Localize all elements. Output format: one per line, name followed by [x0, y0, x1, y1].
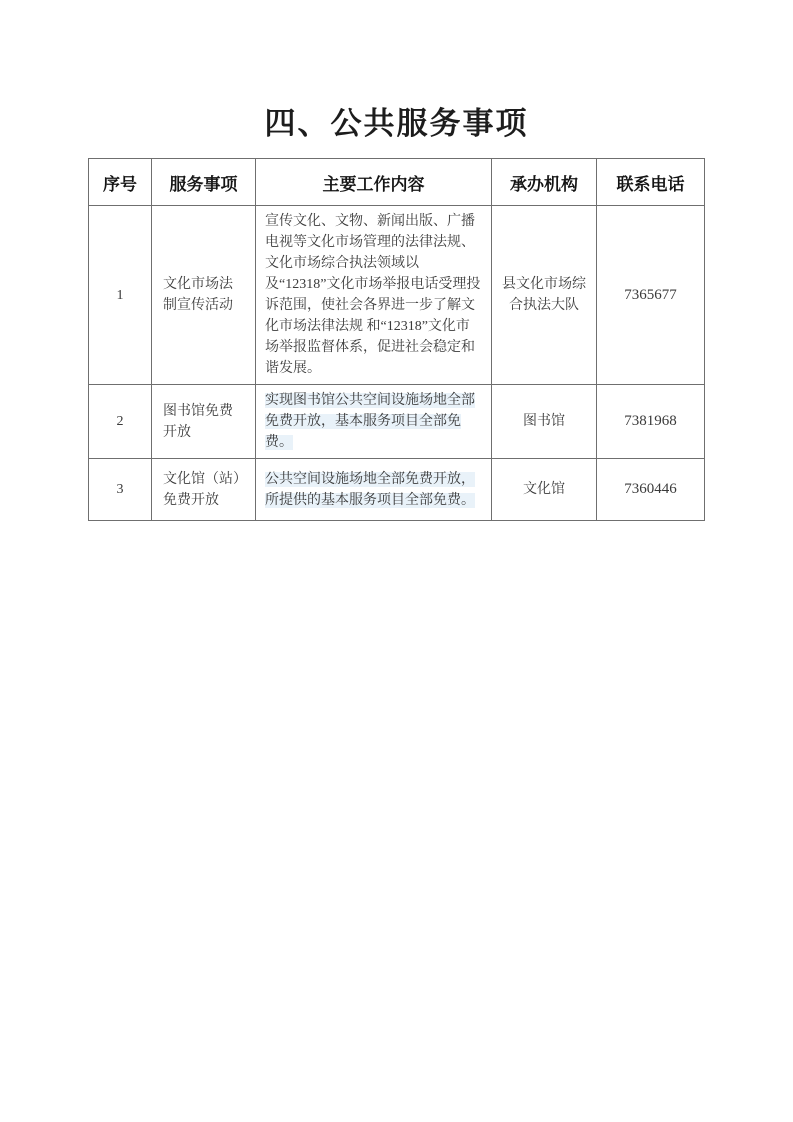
header-content: 主要工作内容 [256, 159, 492, 206]
work-content: 公共空间设施场地全部免费开放，所提供的基本服务项目全部免费。 [256, 459, 492, 521]
contact-phone: 7381968 [597, 385, 705, 459]
contact-phone: 7365677 [597, 206, 705, 385]
document-page: 四、公共服务事项 序号 服务事项 主要工作内容 承办机构 联系电话 1 文化市场… [0, 0, 793, 1122]
service-name: 文化馆（站）免费开放 [152, 459, 256, 521]
header-phone: 联系电话 [597, 159, 705, 206]
agency-name: 文化馆 [492, 459, 597, 521]
work-content-text-highlighted: 实现图书馆公共空间设施场地全部免费开放，基本服务项目全部免费。 [265, 393, 475, 450]
work-content-text-highlighted: 公共空间设施场地全部免费开放，所提供的基本服务项目全部免费。 [265, 472, 475, 508]
row-number: 1 [89, 206, 152, 385]
row-number: 2 [89, 385, 152, 459]
header-service: 服务事项 [152, 159, 256, 206]
contact-phone: 7360446 [597, 459, 705, 521]
row-number: 3 [89, 459, 152, 521]
page-title: 四、公共服务事项 [0, 104, 793, 144]
work-content-text: 宣传文化、文物、新闻出版、广播电视等文化市场管理的法律法规、文化市场综合执法领域… [265, 214, 480, 376]
agency-name: 图书馆 [492, 385, 597, 459]
public-service-table: 序号 服务事项 主要工作内容 承办机构 联系电话 1 文化市场法制宣传活动 宣传… [88, 158, 705, 521]
work-content: 宣传文化、文物、新闻出版、广播电视等文化市场管理的法律法规、文化市场综合执法领域… [256, 206, 492, 385]
header-no: 序号 [89, 159, 152, 206]
agency-name: 县文化市场综合执法大队 [492, 206, 597, 385]
table-row: 2 图书馆免费开放 实现图书馆公共空间设施场地全部免费开放，基本服务项目全部免费… [89, 385, 705, 459]
table-row: 1 文化市场法制宣传活动 宣传文化、文物、新闻出版、广播电视等文化市场管理的法律… [89, 206, 705, 385]
table-header-row: 序号 服务事项 主要工作内容 承办机构 联系电话 [89, 159, 705, 206]
work-content: 实现图书馆公共空间设施场地全部免费开放，基本服务项目全部免费。 [256, 385, 492, 459]
header-agency: 承办机构 [492, 159, 597, 206]
service-name: 图书馆免费开放 [152, 385, 256, 459]
service-name: 文化市场法制宣传活动 [152, 206, 256, 385]
table-row: 3 文化馆（站）免费开放 公共空间设施场地全部免费开放，所提供的基本服务项目全部… [89, 459, 705, 521]
